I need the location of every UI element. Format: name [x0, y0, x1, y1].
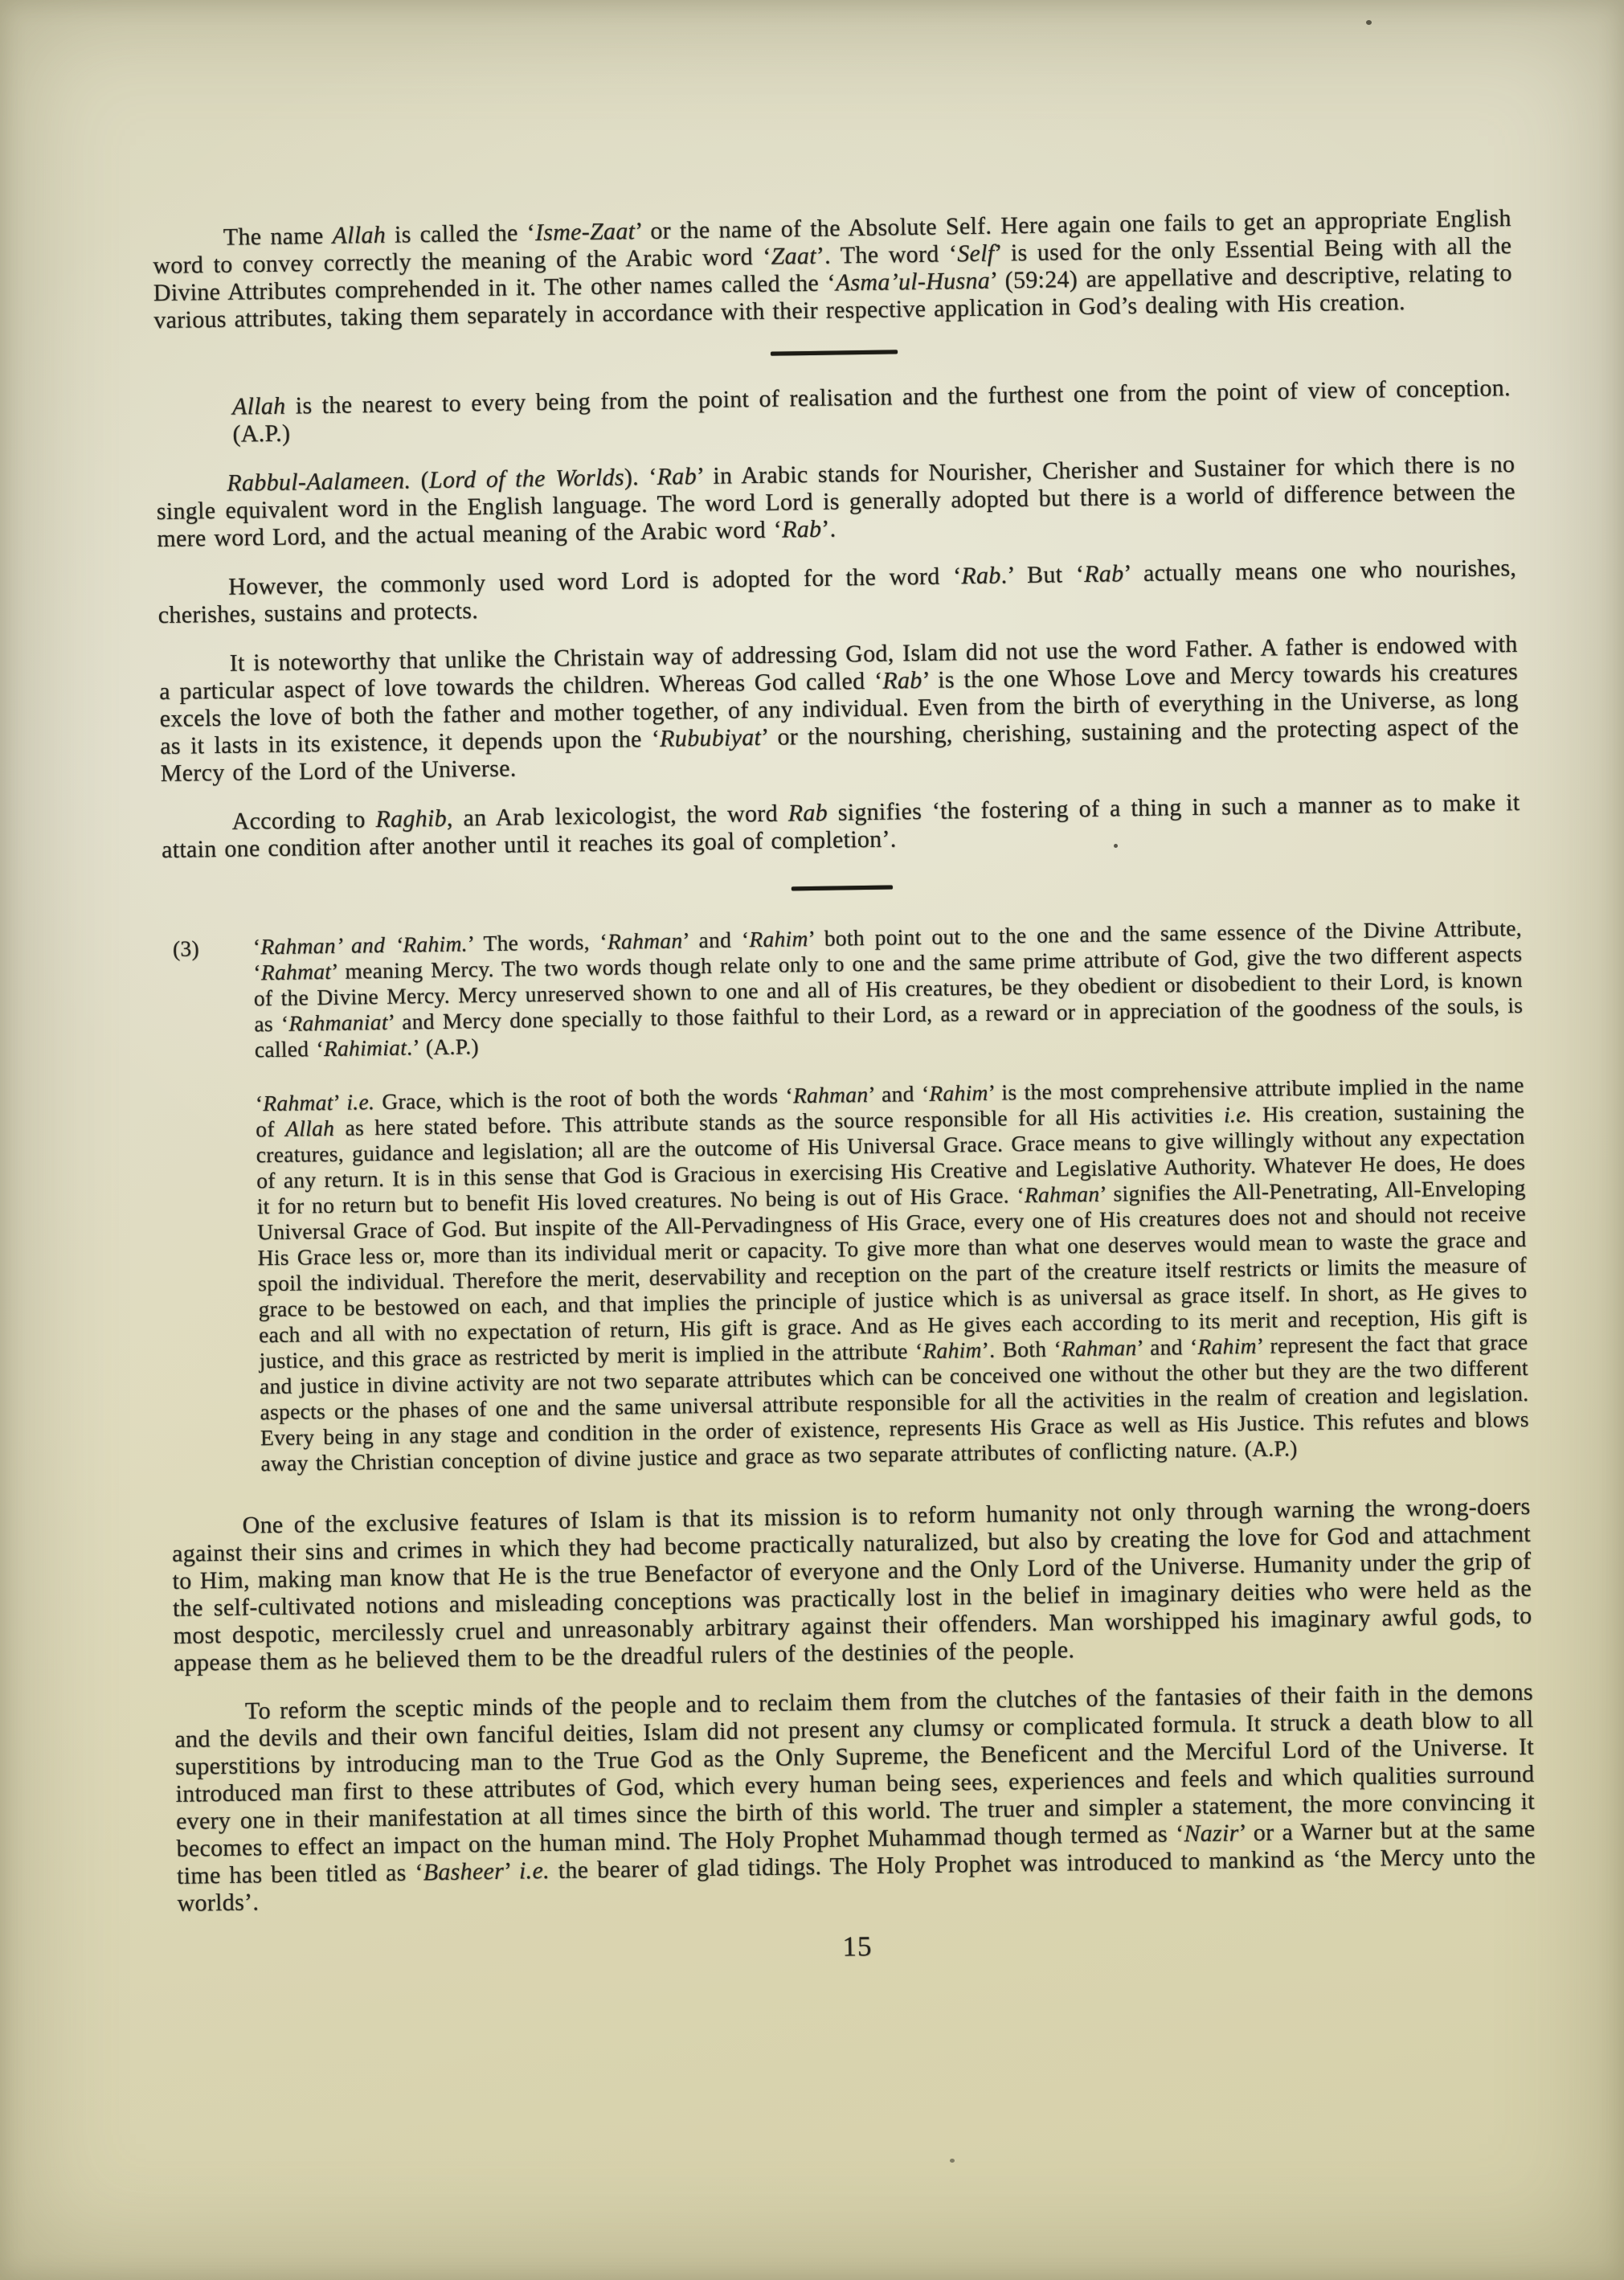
paragraph-raghib-lexicologist: According to Raghib, an Arab lexicologis…	[161, 789, 1520, 864]
item-number-label: (3)	[173, 935, 199, 962]
ink-speck	[1114, 844, 1118, 848]
paragraph-noteworthy-father: It is noteworthy that unlike the Christa…	[158, 631, 1519, 788]
paragraph-allah-nearest: Allah is the nearest to every being from…	[232, 375, 1512, 448]
page-number: 15	[178, 1923, 1536, 1971]
numbered-item-3: (3) ‘Rahman’ and ‘Rahim.’ The words, ‘Ra…	[253, 915, 1524, 1062]
section-divider	[791, 886, 892, 891]
page-content: The name Allah is called the ‘Isme-Zaat’…	[0, 0, 1624, 1973]
paragraph-islam-mission: One of the exclusive features of Islam i…	[171, 1493, 1532, 1677]
scanned-book-page: The name Allah is called the ‘Isme-Zaat’…	[0, 0, 1624, 2280]
ink-speck	[950, 2159, 955, 2163]
section-divider	[771, 350, 898, 355]
paragraph-rabbul-aalameen: Rabbul-Aalameen. (Lord of the Worlds). ‘…	[156, 451, 1516, 553]
paragraph-rahman-rahim: ‘Rahman’ and ‘Rahim.’ The words, ‘Rahman…	[253, 915, 1524, 1062]
paragraph-reform-sceptic: To reform the sceptic minds of the peopl…	[174, 1679, 1536, 1918]
paragraph-however-rab: However, the commonly used word Lord is …	[157, 555, 1517, 629]
paragraph-isme-zaat: The name Allah is called the ‘Isme-Zaat’…	[153, 205, 1513, 334]
ink-speck	[1366, 20, 1372, 25]
paragraph-rahmat-grace: ‘Rahmat’ i.e. Grace, which is the root o…	[256, 1072, 1530, 1476]
